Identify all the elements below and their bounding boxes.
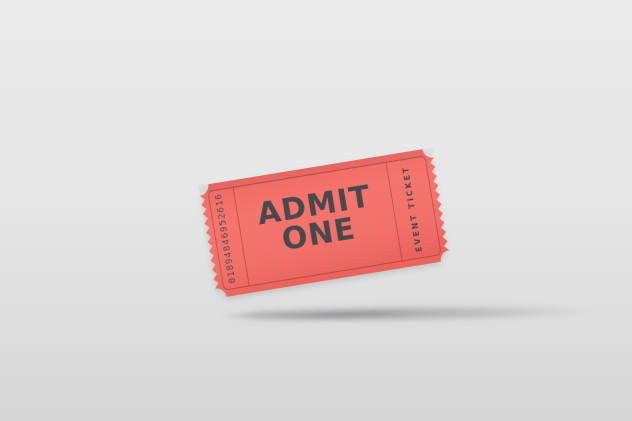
admit-one-ticket: 01894846952616 ADMIT ONE EVENT TICKET bbox=[198, 148, 450, 299]
studio-backdrop: 01894846952616 ADMIT ONE EVENT TICKET bbox=[0, 0, 632, 421]
